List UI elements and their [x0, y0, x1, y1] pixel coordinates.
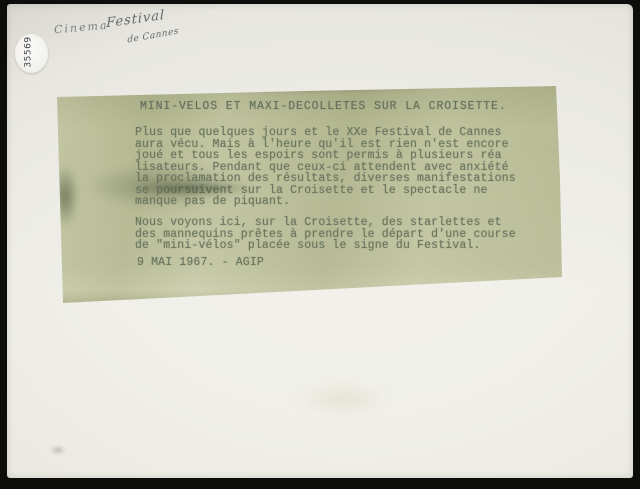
caption-dateline: 9 MAI 1967. - AGIP [137, 257, 264, 269]
caption-line: manque pas de piquant. [135, 196, 516, 208]
caption-line: joué et tous les espoirs sont permis à p… [135, 150, 516, 162]
photo-verso-scan: 35569 Cinema Festival de Cannes MINI-VEL… [0, 0, 640, 489]
caption-paragraph-2: Nous voyons ici, sur la Croisette, des s… [135, 217, 516, 252]
caption-line: la proclamation des résultats, diverses … [135, 173, 516, 185]
caption-title: MINI-VELOS ET MAXI-DECOLLETES SUR LA CRO… [140, 101, 507, 113]
caption-paragraph-1: Plus que quelques jours et le XXe Festiv… [135, 127, 516, 208]
archive-sticker: 35569 [15, 34, 48, 73]
caption-label: MINI-VELOS ET MAXI-DECOLLETES SUR LA CRO… [55, 84, 565, 306]
caption-line: de "mini-vélos" placée sous le signe du … [135, 240, 516, 252]
caption-line: Plus que quelques jours et le XXe Festiv… [135, 127, 516, 139]
sticker-number: 35569 [23, 36, 33, 67]
paper-smudge [50, 445, 66, 455]
caption-line: Nous voyons ici, sur la Croisette, des s… [135, 217, 516, 229]
paper-stain [297, 382, 387, 416]
